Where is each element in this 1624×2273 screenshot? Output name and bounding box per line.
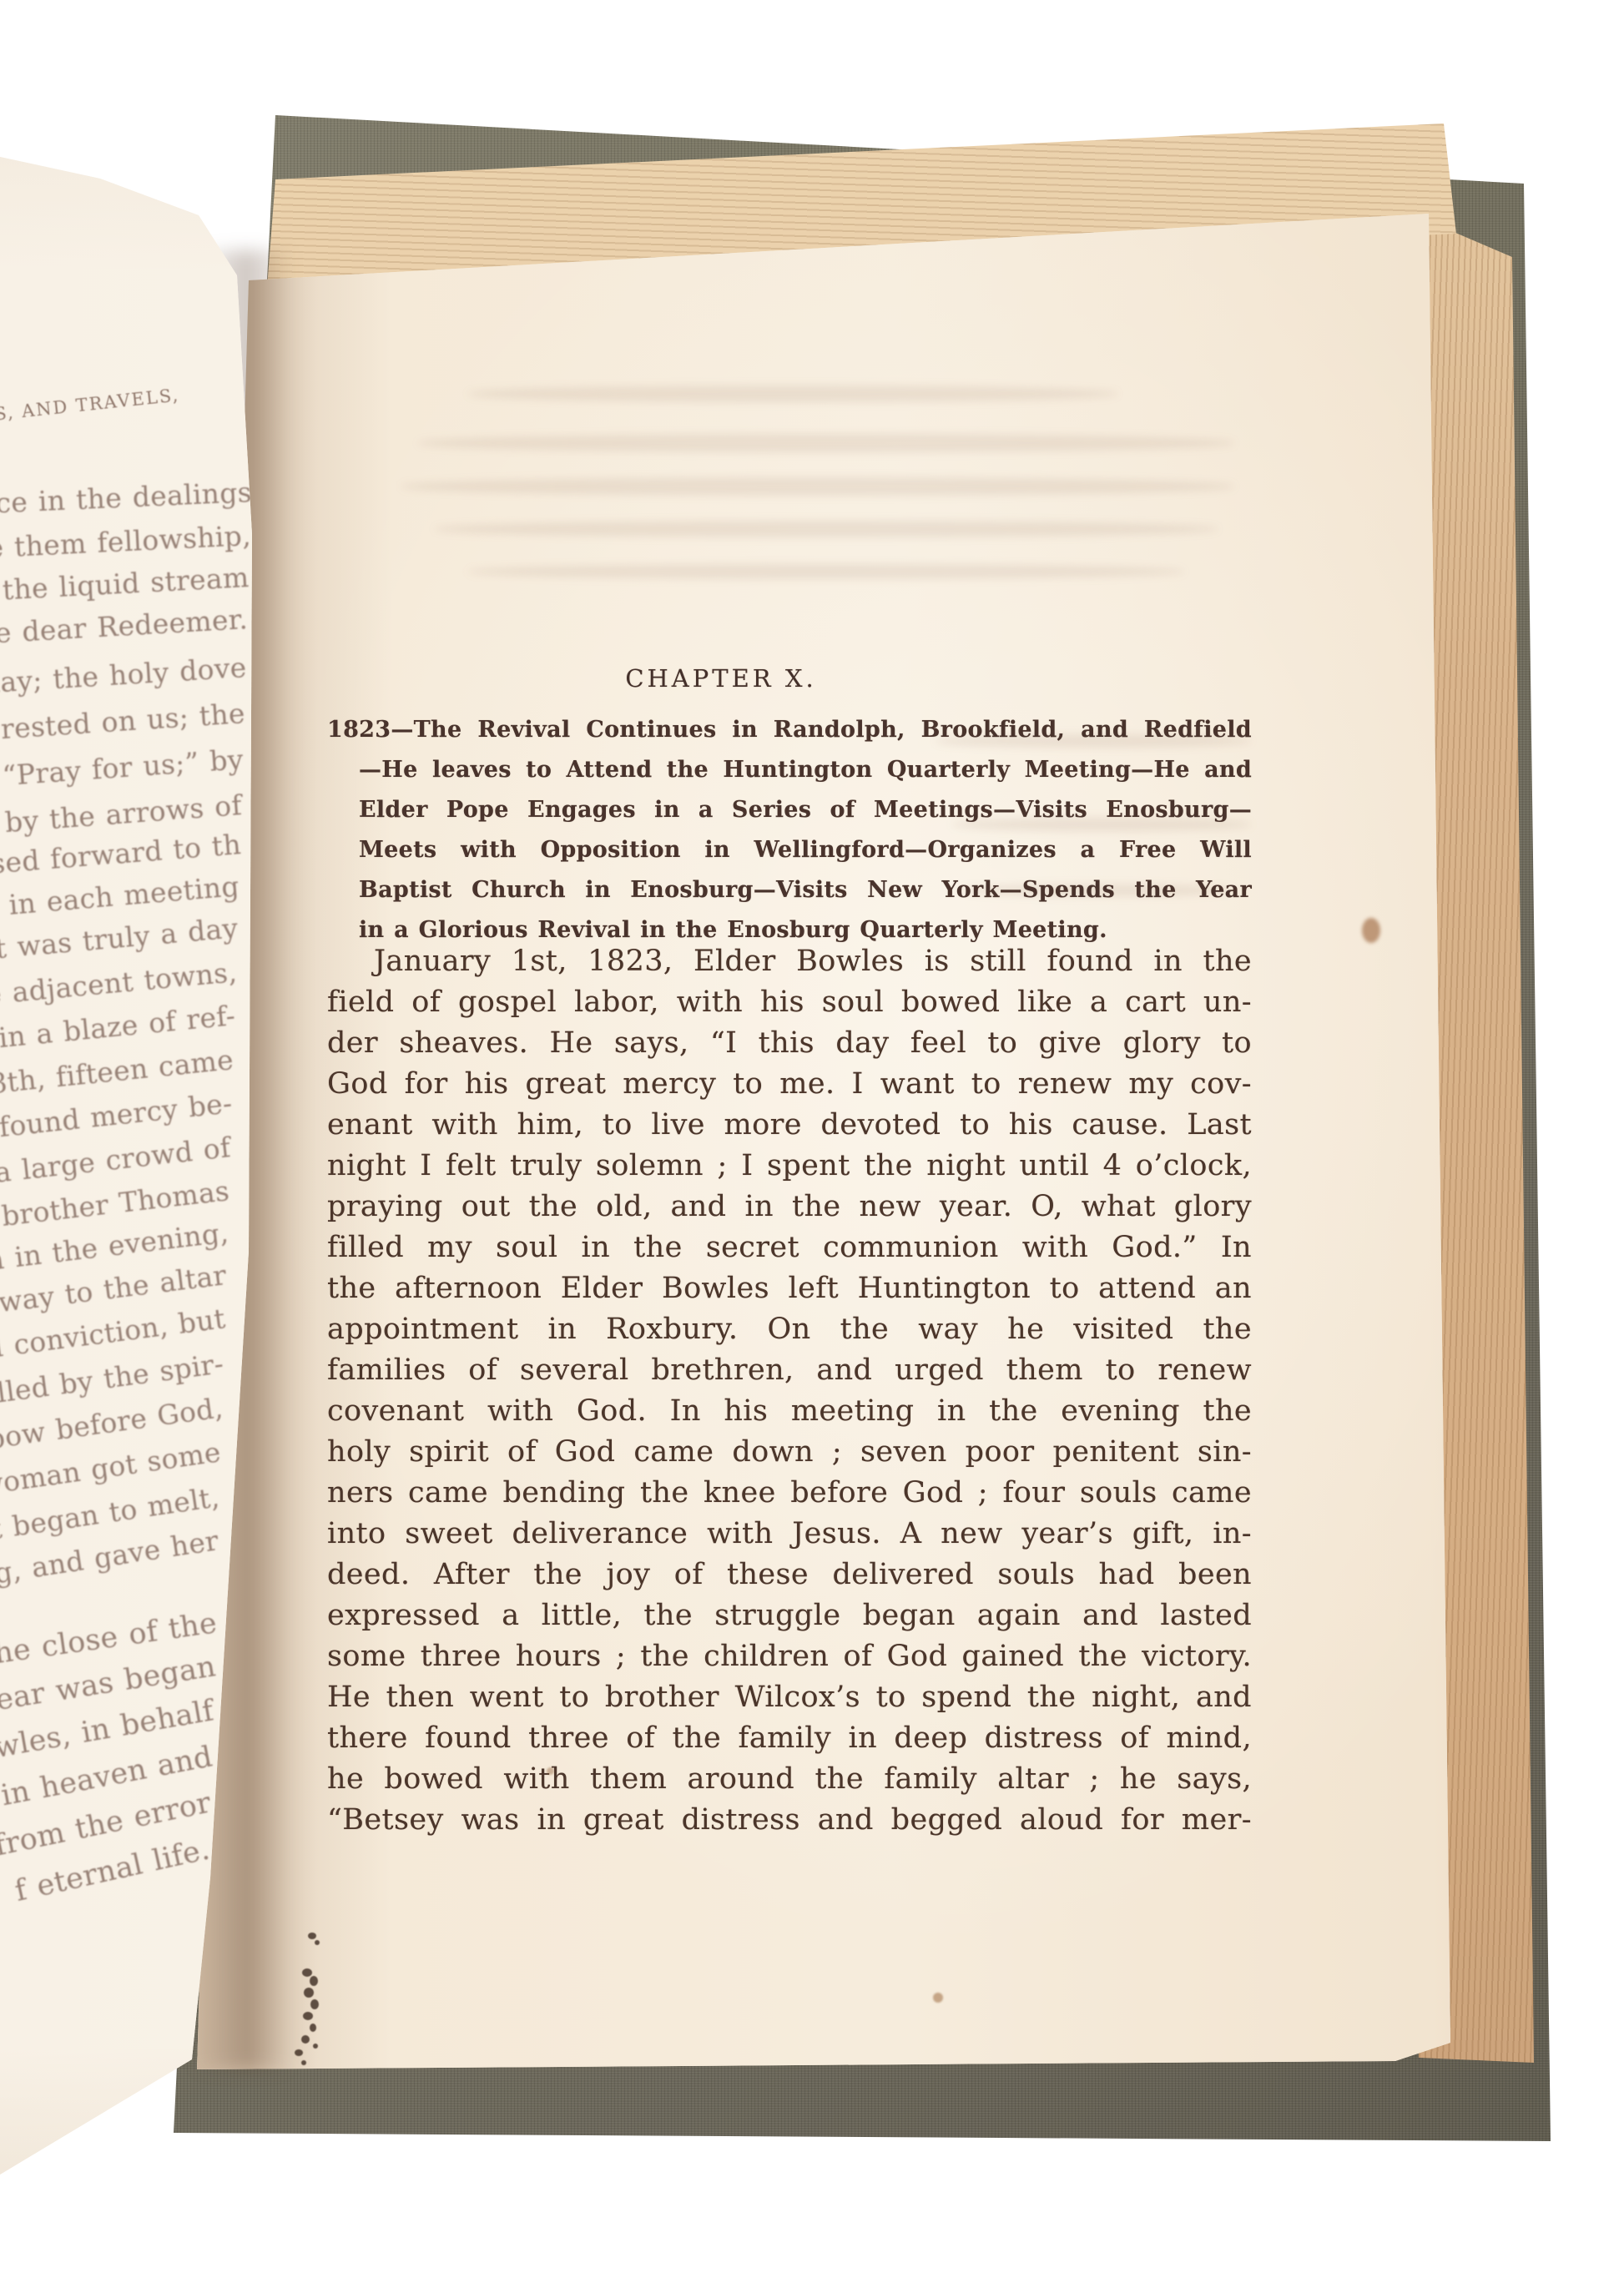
body-line: ners came bending the knee before God ; … bbox=[327, 1473, 1252, 1514]
body-line: “Betsey was in great distress and begged… bbox=[327, 1800, 1252, 1841]
left-page-line: keness of the dear Redeemer. bbox=[0, 602, 249, 659]
body-line: filled my soul in the secret communion w… bbox=[327, 1227, 1252, 1268]
bleed-through-streak bbox=[417, 434, 1235, 452]
body-line: night I felt truly solemn ; I spent the … bbox=[327, 1146, 1252, 1187]
body-line: der sheaves. He says, “I this day feel t… bbox=[327, 1023, 1252, 1064]
body-line: field of gospel labor, with his soul bow… bbox=[327, 982, 1252, 1023]
synopsis-line: Meets with Opposition in Wellingford—Org… bbox=[327, 830, 1252, 870]
body-line: some three hours ; the children of God g… bbox=[327, 1636, 1252, 1677]
synopsis-line: —He leaves to Attend the Huntington Quar… bbox=[327, 750, 1252, 790]
body-line: families of several brethren, and urged … bbox=[327, 1350, 1252, 1391]
chapter-heading: CHAPTER X. bbox=[259, 664, 1183, 693]
synopsis-line: 1823—The Revival Continues in Randolph, … bbox=[327, 710, 1252, 750]
stain-spot bbox=[933, 1993, 943, 2003]
bleed-through-streak bbox=[467, 386, 1118, 402]
ink-mark bbox=[287, 1929, 337, 2071]
body-line: the afternoon Elder Bowles left Huntingt… bbox=[327, 1268, 1252, 1309]
body-line: appointment in Roxbury. On the way he vi… bbox=[327, 1309, 1252, 1350]
body-line: into sweet deliverance with Jesus. A new… bbox=[327, 1514, 1252, 1555]
body-line: he bowed with them around the family alt… bbox=[327, 1759, 1252, 1800]
body-paragraph: January 1st, 1823, Elder Bowles is still… bbox=[327, 941, 1252, 1841]
synopsis-line: Elder Pope Engages in a Series of Meetin… bbox=[327, 790, 1252, 830]
body-line: January 1st, 1823, Elder Bowles is still… bbox=[327, 941, 1252, 982]
body-line: covenant with God. In his meeting in the… bbox=[327, 1391, 1252, 1432]
chapter-synopsis: 1823—The Revival Continues in Randolph, … bbox=[327, 710, 1252, 950]
bleed-through-streak bbox=[401, 477, 1235, 496]
body-line: expressed a little, the struggle began a… bbox=[327, 1595, 1252, 1636]
body-line: praying out the old, and in the new year… bbox=[327, 1187, 1252, 1227]
bleed-through-streak bbox=[467, 564, 1185, 579]
bleed-through-streak bbox=[434, 521, 1218, 537]
stain-spot bbox=[547, 1767, 554, 1775]
body-line: He then went to brother Wilcox’s to spen… bbox=[327, 1677, 1252, 1718]
body-line: holy spirit of God came down ; seven poo… bbox=[327, 1432, 1252, 1473]
body-line: there found three of the family in deep … bbox=[327, 1718, 1252, 1759]
stain-spot bbox=[1362, 918, 1380, 943]
photo-background: { "book": { "description_label": "antiqu… bbox=[0, 0, 1624, 2273]
synopsis-line: Baptist Church in Enosburg—Visits New Yo… bbox=[327, 870, 1252, 910]
body-line: enant with him, to live more devoted to … bbox=[327, 1105, 1252, 1146]
body-line: deed. After the joy of these delivered s… bbox=[327, 1555, 1252, 1595]
body-line: God for his great mercy to me. I want to… bbox=[327, 1064, 1252, 1105]
